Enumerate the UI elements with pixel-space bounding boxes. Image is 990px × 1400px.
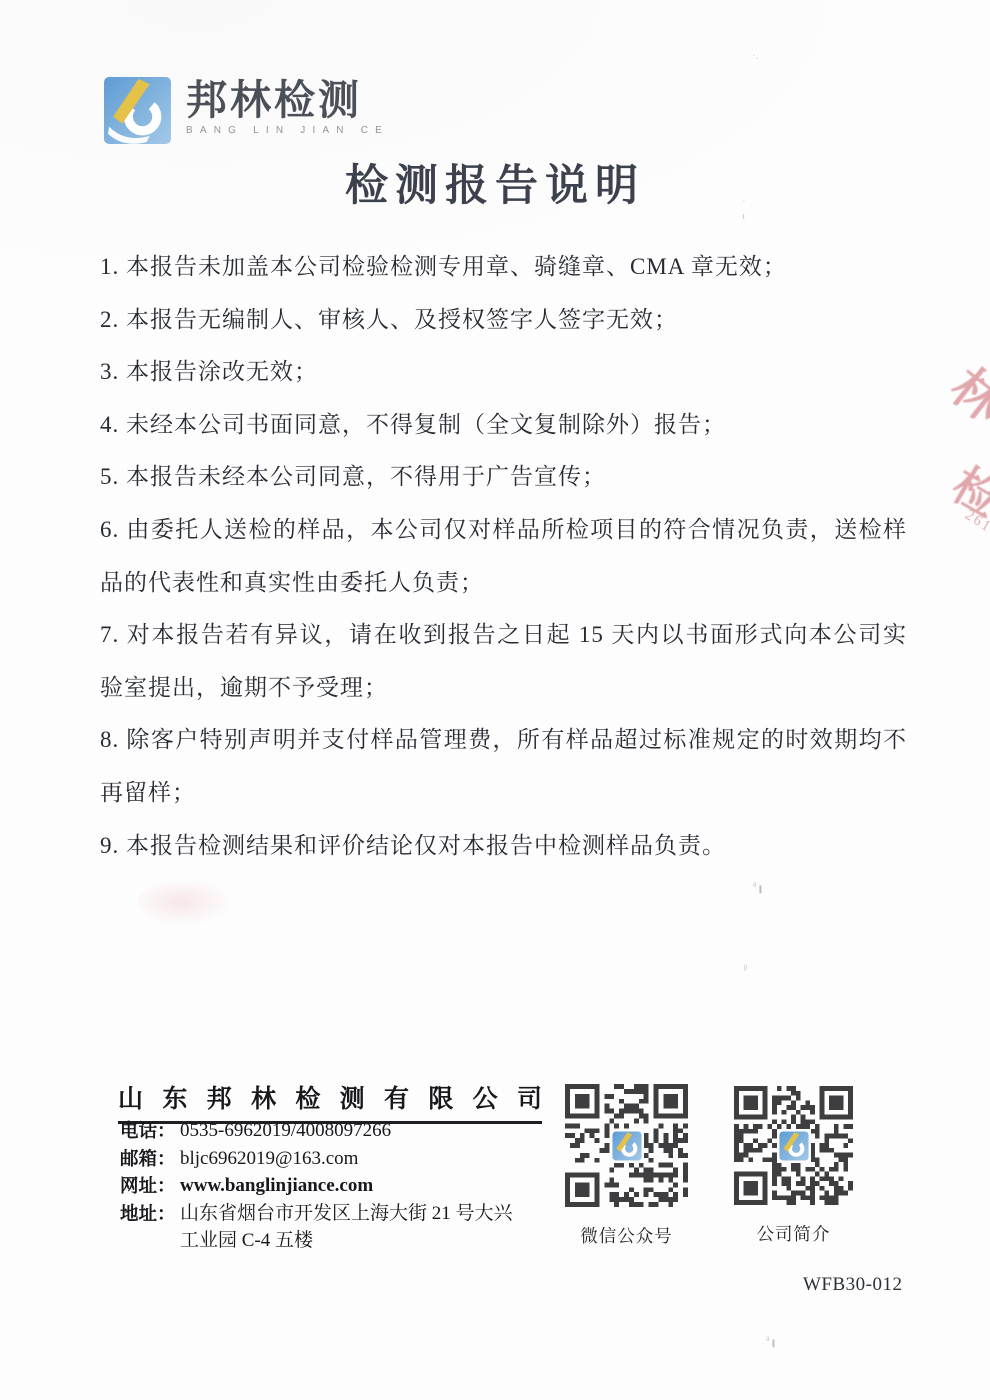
report-notes-page: 邦林检测 BANG LIN JIAN CE 检测报告说明 1. 本报告未加盖本公… [0, 0, 990, 1400]
company-profile-qr-block: 公司简介 [734, 1086, 853, 1246]
seal-stamp-fragment-top: 林 [950, 338, 990, 443]
note-item-5: 5. 本报告未经本公司同意，不得用于广告宣传； [100, 451, 907, 504]
website-label: 网址： [120, 1172, 180, 1200]
contact-email-row: 邮箱： bljc6962019@163.com [120, 1145, 560, 1173]
report-notes-list: 1. 本报告未加盖本公司检验检测专用章、骑缝章、CMA 章无效； 2. 本报告无… [100, 241, 907, 872]
seal-stamp-fragment-bottom: 检 261 [946, 448, 990, 558]
seal-character: 林 [950, 348, 990, 429]
note-item-1: 1. 本报告未加盖本公司检验检测专用章、骑缝章、CMA 章无效； [100, 241, 907, 294]
note-item-9: 9. 本报告检测结果和评价结论仅对本报告中检测样品负责。 [100, 820, 907, 873]
email-label: 邮箱： [120, 1145, 180, 1173]
note-item-8: 8. 除客户特别声明并支付样品管理费，所有样品超过标准规定的时效期均不再留样； [100, 714, 907, 819]
qr-center-logo-icon [777, 1129, 811, 1163]
contact-phone-row: 电话： 0535-6962019/4008097266 [120, 1117, 560, 1145]
company-logo: 邦林检测 BANG LIN JIAN CE [103, 76, 389, 145]
seal-digits: 261 [962, 507, 990, 545]
contact-website-row: 网址： www.banglinjiance.com [120, 1172, 560, 1200]
note-item-3: 3. 本报告涂改无效； [100, 346, 907, 399]
wechat-qr-label: 微信公众号 [565, 1223, 688, 1248]
company-profile-qr-label: 公司简介 [734, 1221, 853, 1246]
scan-speck: ᵝ [744, 962, 747, 977]
scan-smudge [138, 878, 233, 926]
seal-character: 检 [946, 449, 990, 528]
scan-speck: ᵃ╻ [753, 878, 764, 894]
footer-contact-info: 电话： 0535-6962019/4008097266 邮箱： bljc6962… [120, 1117, 560, 1255]
phone-value: 0535-6962019/4008097266 [180, 1117, 560, 1145]
note-item-4: 4. 未经本公司书面同意，不得复制（全文复制除外）报告； [100, 399, 907, 452]
logo-company-name: 邦林检测 [186, 78, 389, 122]
logo-company-name-pinyin: BANG LIN JIAN CE [186, 125, 389, 136]
wechat-qr-block: 微信公众号 [565, 1084, 688, 1248]
wechat-qr-code [565, 1084, 688, 1207]
page-title: 检测报告说明 [0, 152, 990, 213]
note-item-2: 2. 本报告无编制人、审核人、及授权签字人签字无效； [100, 294, 907, 347]
scan-speck: ·. [752, 50, 758, 62]
email-value: bljc6962019@163.com [180, 1145, 560, 1173]
address-value: 山东省烟台市开发区上海大街 21 号大兴 工业园 C-4 五楼 [180, 1200, 560, 1255]
address-label: 地址： [120, 1200, 180, 1228]
scan-speck: ᵃ╻ [766, 1332, 777, 1348]
banglin-logo-icon [103, 76, 172, 145]
note-item-7: 7. 对本报告若有异议，请在收到报告之日起 15 天内以书面形式向本公司实验室提… [100, 609, 907, 714]
address-line-1: 山东省烟台市开发区上海大街 21 号大兴 [180, 1203, 513, 1224]
note-item-6: 6. 由委托人送检的样品，本公司仅对样品所检项目的符合情况负责，送检样品的代表性… [100, 504, 907, 609]
address-line-2: 工业园 C-4 五楼 [180, 1227, 560, 1255]
company-profile-qr-code [734, 1086, 853, 1205]
phone-label: 电话： [120, 1117, 180, 1145]
website-value: www.banglinjiance.com [180, 1172, 560, 1200]
document-form-code: WFB30-012 [803, 1274, 903, 1296]
qr-center-logo-icon [610, 1129, 644, 1163]
contact-address-row: 地址： 山东省烟台市开发区上海大街 21 号大兴 工业园 C-4 五楼 [120, 1200, 560, 1255]
